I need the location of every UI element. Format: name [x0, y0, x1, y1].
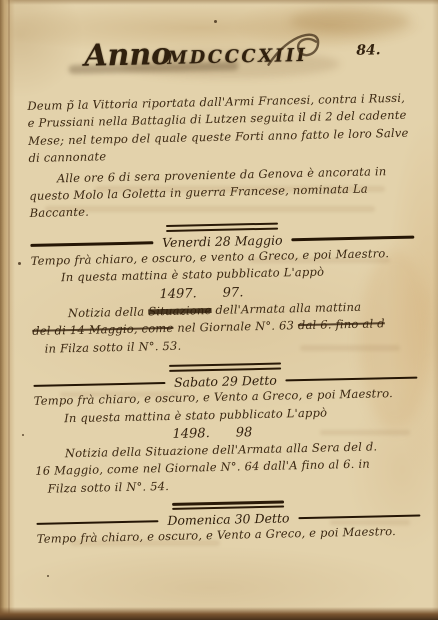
heading-rule	[30, 242, 153, 247]
heading-rule	[291, 236, 414, 241]
page-edge-crease	[8, 0, 10, 620]
page-edge-right	[432, 0, 438, 620]
section-divider	[172, 501, 284, 511]
manuscript-page: AnnoMDCCCXIII 84. Deum p̃ la Vittoria ri…	[0, 0, 438, 620]
page-edge-top	[0, 0, 438, 5]
heading-rule	[36, 520, 158, 525]
heading-rule	[286, 376, 418, 381]
heading-rule	[298, 514, 420, 519]
scribbled-word: Situazione	[148, 303, 212, 318]
section-divider	[166, 222, 278, 232]
flourish-icon	[262, 25, 335, 77]
register-number-a: 1497.	[159, 286, 197, 302]
title-script-word: Anno	[84, 37, 172, 74]
title-row: AnnoMDCCCXIII 84.	[26, 36, 411, 90]
entry-friday-28-may: Venerdi 28 Maggio Tempo frà chiaro, e os…	[30, 219, 417, 358]
manuscript-photo: AnnoMDCCCXIII 84. Deum p̃ la Vittoria ri…	[0, 0, 438, 620]
heading-rule	[33, 382, 165, 387]
register-number-a: 1498.	[172, 426, 210, 442]
page-number: 84.	[356, 42, 381, 59]
ink-fleck	[18, 262, 21, 265]
struck-text: dal 6. fino al d	[298, 316, 385, 332]
text-segment: Notizia della	[68, 304, 149, 320]
intro-paragraph-arrival: Alle ore 6 di sera proveniente da Genova…	[29, 162, 414, 223]
struck-text: del di 14 Maggio, come	[32, 321, 174, 338]
text-segment: nel Giornale N°. 63	[173, 318, 298, 335]
section-divider	[169, 363, 281, 373]
entry-sunday-30: Domenica 30 Detto Tempo frà chiaro, e os…	[36, 498, 421, 549]
page-content: AnnoMDCCCXIII 84. Deum p̃ la Vittoria ri…	[26, 36, 421, 549]
register-number-b: 98	[236, 425, 253, 440]
ink-fleck	[22, 434, 24, 436]
text-segment: dell'Armata alla mattina	[211, 300, 361, 317]
entry-saturday-29: Sabato 29 Detto Tempo frà chiaro, e oscu…	[33, 360, 420, 499]
ink-fleck	[214, 20, 217, 23]
register-number-b: 97.	[223, 285, 244, 300]
intro-paragraph-victory: Deum p̃ la Vittoria riportata dall'Armi …	[27, 90, 412, 168]
ink-fleck	[47, 575, 49, 577]
page-edge-bottom	[0, 607, 438, 620]
